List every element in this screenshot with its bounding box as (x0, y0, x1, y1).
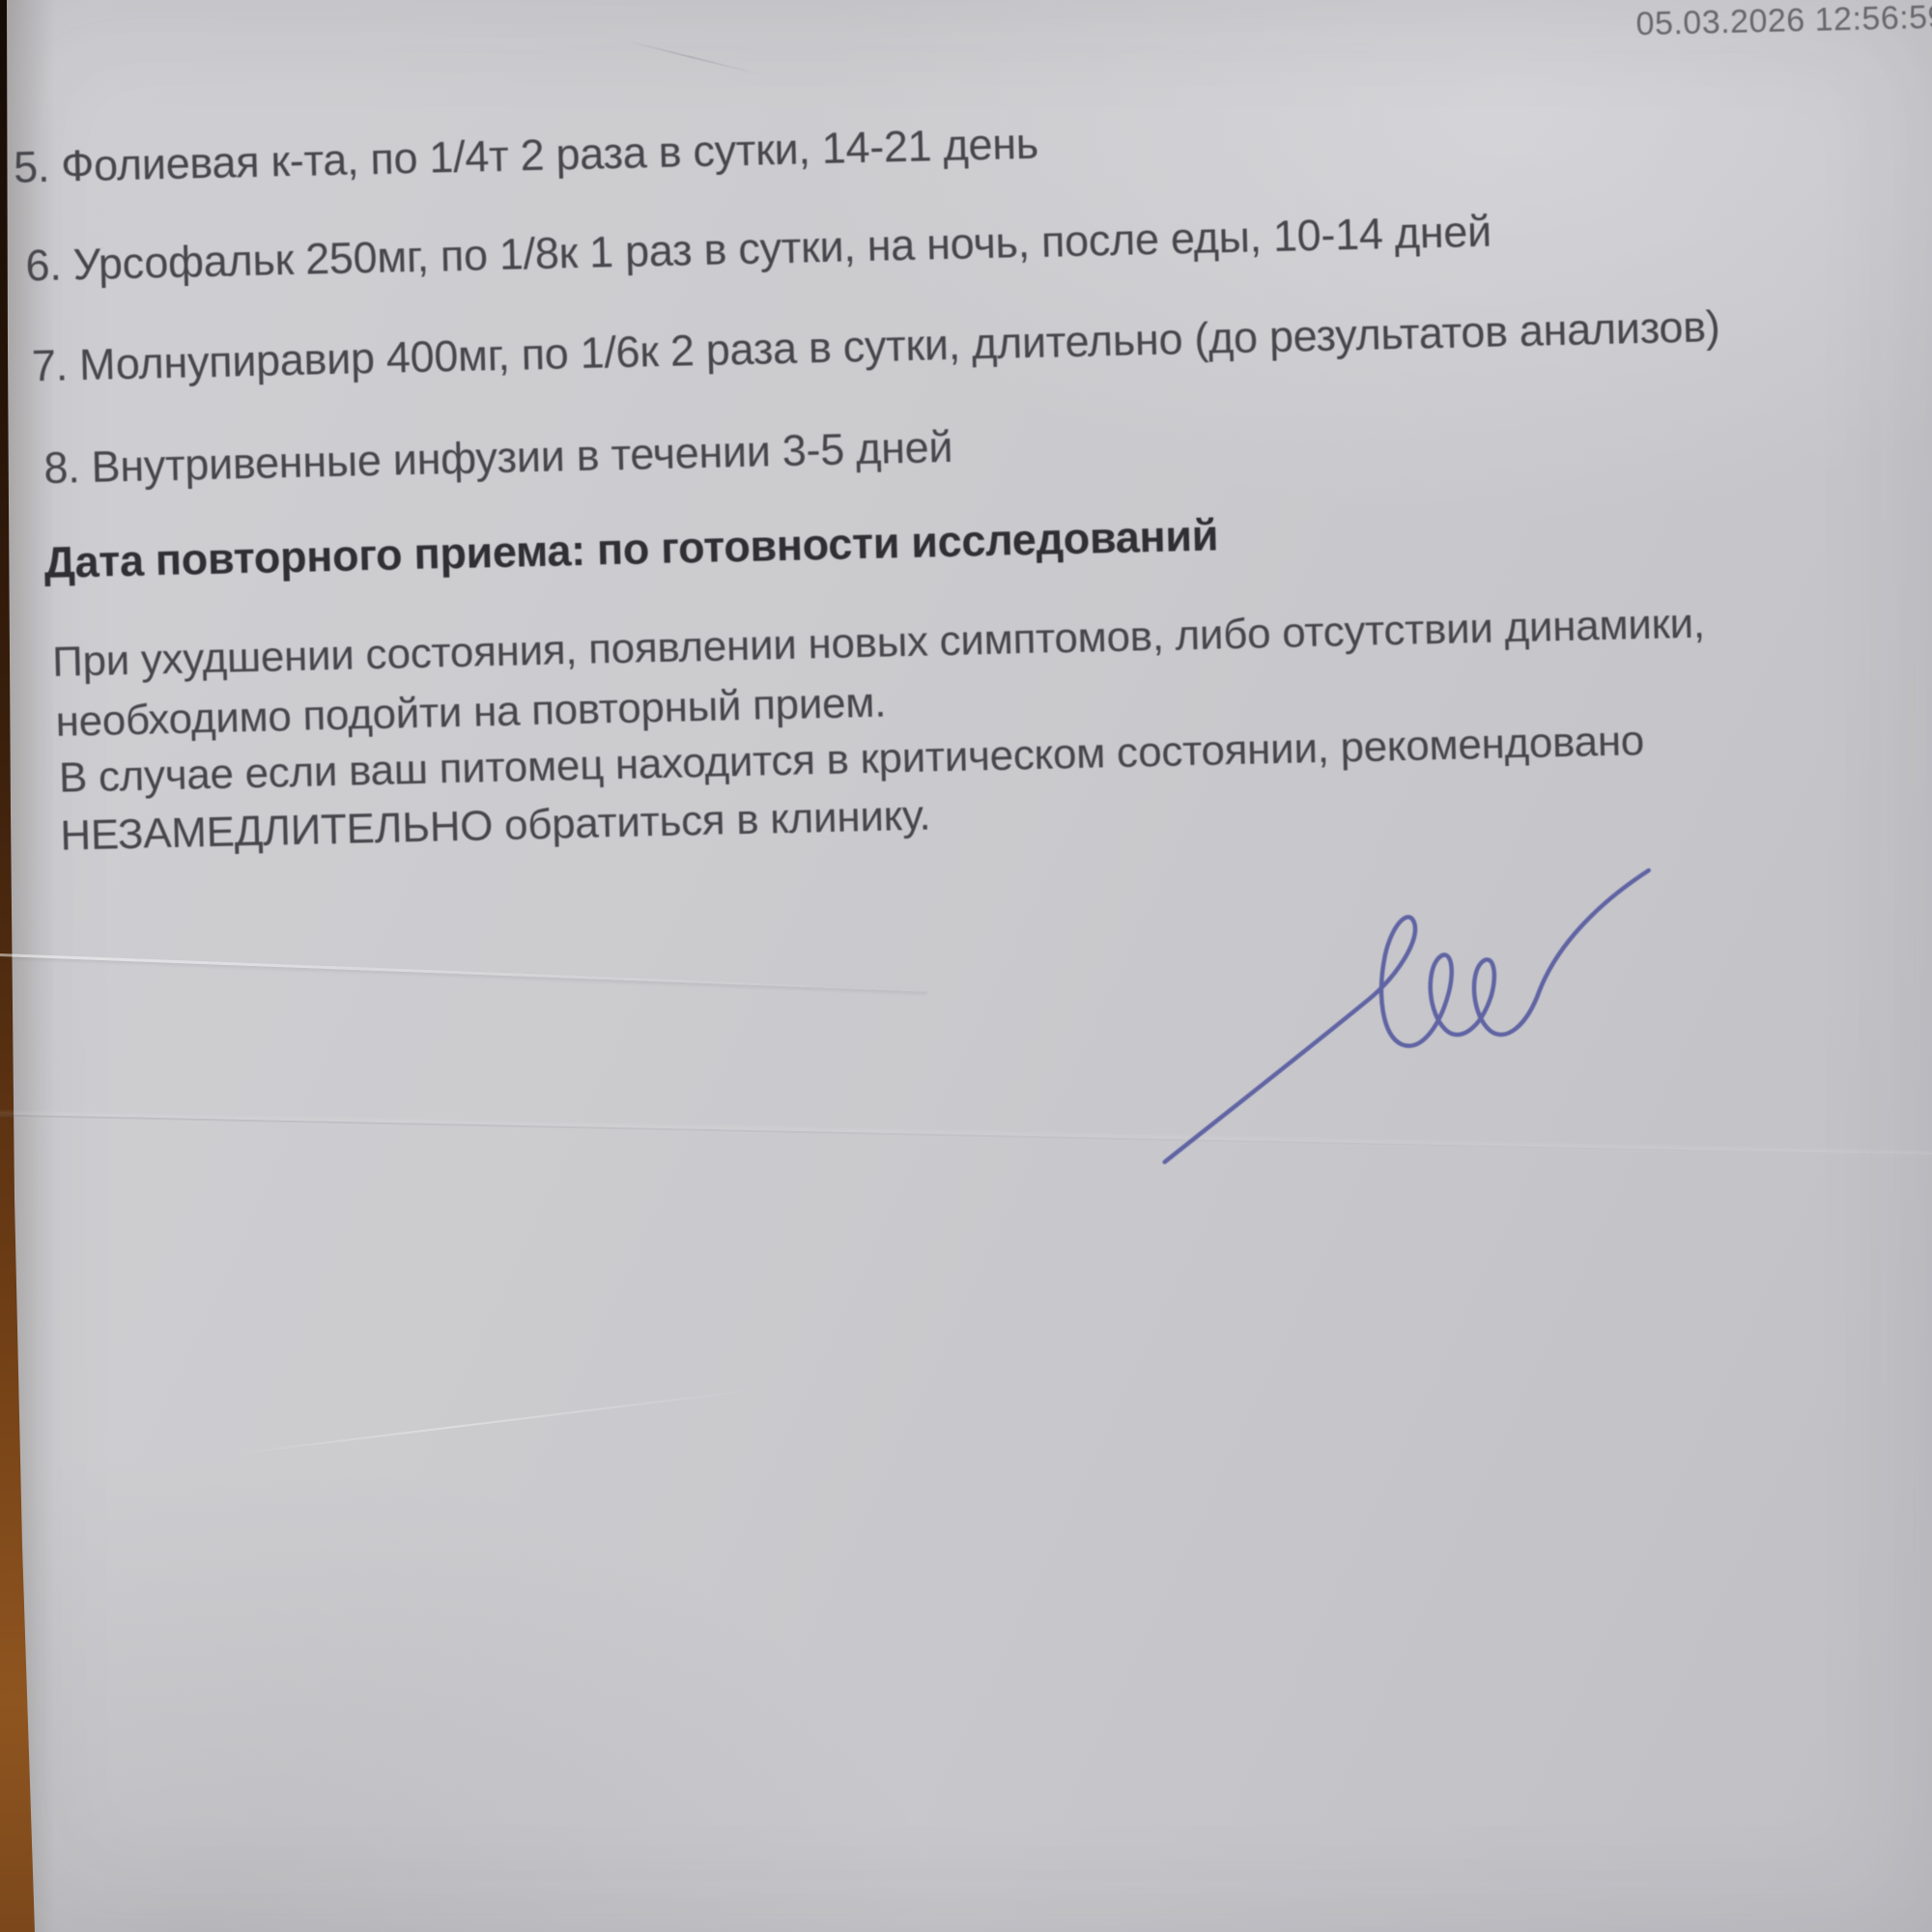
handwritten-signature (1146, 845, 1675, 1177)
prescription-item-8: 8. Внутривенные инфузии в течении 3-5 дн… (43, 422, 953, 494)
prescription-photo: 05.03.2026 12:56:59 5. Фолиевая к-та, по… (0, 0, 1932, 1932)
prescription-item-7: 7. Молнупиравир 400мг, по 1/6к 2 раза в … (31, 301, 1720, 391)
photo-timestamp: 05.03.2026 12:56:59 (1635, 0, 1932, 43)
document-content: 05.03.2026 12:56:59 5. Фолиевая к-та, по… (0, 0, 1932, 1931)
prescription-item-5: 5. Фолиевая к-та, по 1/4т 2 раза в сутки… (13, 119, 1038, 193)
notice-line: НЕЗАМЕДЛИТЕЛЬНО обратиться в клинику. (60, 792, 931, 861)
notice-line: При ухудшении состояния, появлении новых… (52, 600, 1706, 687)
notice-line: необходимо подойти на повторный прием. (55, 679, 887, 747)
followup-date-heading: Дата повторного приема: по готовности ис… (43, 510, 1218, 588)
prescription-item-6: 6. Урсофальк 250мг, по 1/8к 1 раз в сутк… (25, 207, 1492, 292)
